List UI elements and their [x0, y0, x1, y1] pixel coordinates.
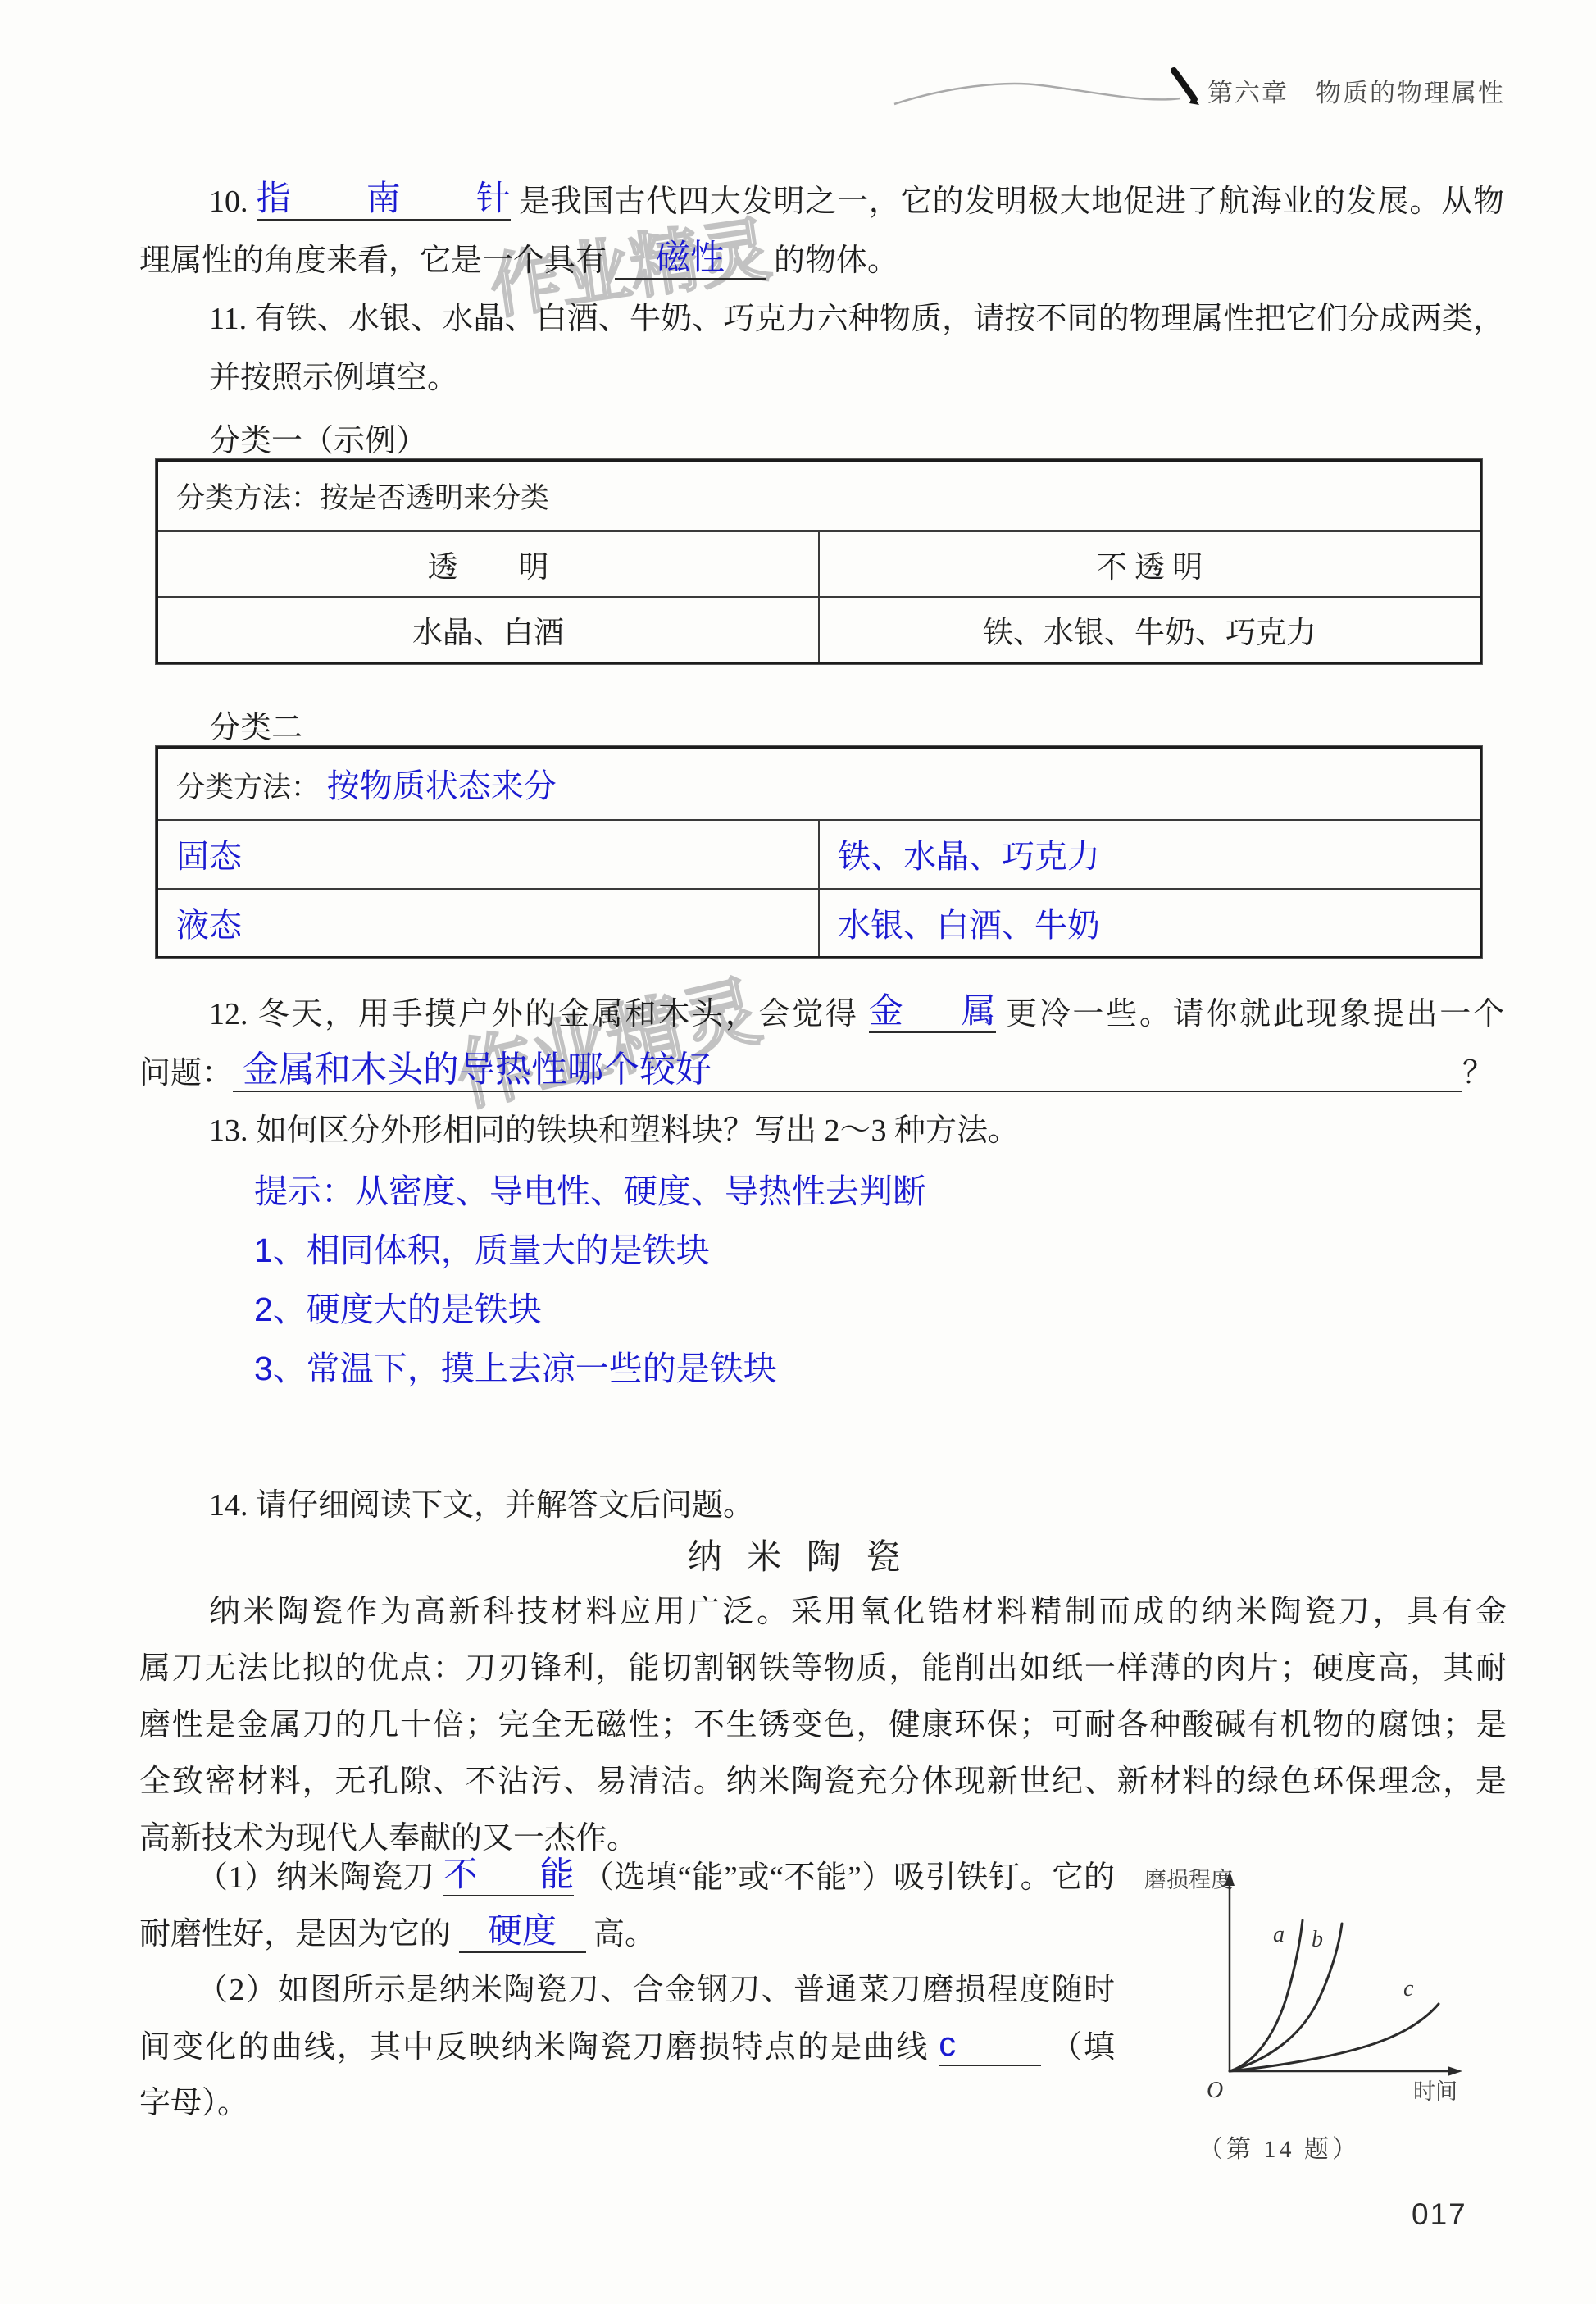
table1-method-cell: 分类方法：按是否透明来分类 [157, 461, 1481, 531]
q10-line2: 理属性的角度来看，它是一个具有 磁性 的物体。 [139, 241, 898, 281]
origin-label: O [1207, 2078, 1223, 2103]
page-number: 017 [1412, 2197, 1467, 2232]
q14-sub1-text-c: 耐磨性好，是因为它的 [139, 1917, 451, 1951]
essay-para-line3: 磨性是金属刀的几十倍；完全无磁性；不生锈变色，健康环保；可耐各种酸碱有机物的腐蚀… [139, 1706, 1507, 1746]
q14-sub2-line3: 字母）。 [139, 2084, 248, 2124]
q14-sub1-blank2: 硬度 [459, 1915, 586, 1953]
q10-line1: 10. 指南针 是我国古代四大发明之一，它的发明极大地促进了航海业的发展。从物 [209, 182, 1504, 222]
x-axis-arrow [1448, 2066, 1462, 2076]
q12-answer-text: 金属和木头的导热性哪个较好 [233, 1050, 712, 1090]
table2-liquid-items-cell: 水银、白酒、牛奶 [819, 889, 1481, 958]
table1-header-row: 透 明 不 透 明 [157, 531, 1481, 597]
q10-answer-2: 磁性 [656, 238, 725, 276]
q14-sub2-line2: 间变化的曲线，其中反映纳米陶瓷刀磨损特点的是曲线 c （填 [139, 2028, 1115, 2068]
q14-sub2-line1: （2）如图所示是纳米陶瓷刀、合金钢刀、普通菜刀磨损程度随时 [197, 1971, 1115, 2010]
header-decoration [881, 56, 1209, 117]
table2-method-row: 分类方法： 按物质状态来分 [157, 748, 1481, 820]
x-axis-label: 时间 [1413, 2079, 1457, 2104]
table2-solid-label-cell: 固态 [157, 820, 820, 889]
q10-text-2a: 理属性的角度来看，它是一个具有 [139, 244, 607, 278]
q12-text-1b: 更冷一些。请你就此现象提出一个 [1006, 997, 1504, 1031]
table2-row-liquid: 液态 水银、白酒、牛奶 [157, 889, 1481, 958]
q14-sub1-text-a: （1）纳米陶瓷刀 [197, 1860, 434, 1895]
curve-b-label: b [1312, 1927, 1323, 1952]
essay-para-line5: 高新技术为现代人奉献的又一杰作。 [139, 1819, 638, 1859]
q12-question-mark: ？ [1462, 1056, 1494, 1091]
q13-method-1: 1、相同体积，质量大的是铁块 [254, 1230, 710, 1272]
table1-col1-header: 透 明 [157, 531, 820, 597]
q12-text-1a: 12. 冬天，用手摸户外的金属和木头，会觉得 [209, 997, 859, 1031]
wear-time-chart: 磨损程度 O 时间 a b c [1139, 1855, 1492, 2133]
q12-blank: 金属 [869, 995, 996, 1033]
q14-sub2-blank: c [939, 2028, 1041, 2066]
table2-liquid-items: 水银、白酒、牛奶 [838, 908, 1100, 944]
q10-answer-1: 指南针 [257, 179, 511, 217]
q14-intro: 14. 请仔细阅读下文，并解答文后问题。 [209, 1487, 754, 1526]
table1-col2-header: 不 透 明 [819, 531, 1481, 597]
watermark: 作业精灵 [444, 949, 770, 1126]
classification-table-1: 分类方法：按是否透明来分类 透 明 不 透 明 水晶、白酒 铁、水银、牛奶、巧克… [156, 459, 1482, 664]
q13-hint: 提示：从密度、导电性、硬度、导热性去判断 [254, 1171, 926, 1213]
q14-sub1-blank: 不能 [443, 1858, 574, 1896]
table2-liquid-label-cell: 液态 [157, 889, 820, 958]
q14-answer-3: c [939, 2024, 956, 2063]
pen-icon [1174, 71, 1194, 99]
q12-line1: 12. 冬天，用手摸户外的金属和木头，会觉得 金属 更冷一些。请你就此现象提出一… [209, 995, 1504, 1035]
q10-text-2b: 的物体。 [774, 244, 898, 278]
table1-method-row: 分类方法：按是否透明来分类 [157, 461, 1481, 531]
q13-line1: 13. 如何区分外形相同的铁块和塑料块？写出 2～3 种方法。 [209, 1112, 1019, 1151]
essay-para-line2: 属刀无法比拟的优点：刀刃锋利，能切割钢铁等物质，能削出如纸一样薄的肉片；硬度高，… [139, 1650, 1507, 1689]
essay-title: 纳 米 陶 瓷 [0, 1537, 1596, 1580]
q12-line2: 问题：金属和木头的导热性哪个较好？ [139, 1053, 1494, 1094]
table2-solid-label: 固态 [176, 839, 242, 875]
essay-para-line4: 全致密材料，无孔隙、不沾污、易清洁。纳米陶瓷充分体现新世纪、新材料的绿色环保理念… [139, 1763, 1507, 1802]
workbook-page: 第六章 物质的物理属性 作业精灵 作业精灵 10. 指南针 是我国古代四大发明之… [0, 0, 1596, 2304]
q12-question-label: 问题： [139, 1056, 233, 1091]
curve-c-label: c [1403, 1976, 1414, 2001]
table1-items-row: 水晶、白酒 铁、水银、牛奶、巧克力 [157, 597, 1481, 663]
curve-c [1230, 2004, 1439, 2071]
classification1-title: 分类一（示例） [209, 415, 427, 460]
q14-sub2-text-b: 间变化的曲线，其中反映纳米陶瓷刀磨损特点的是曲线 [139, 2030, 930, 2065]
q13-method-2: 2、硬度大的是铁块 [254, 1289, 542, 1331]
chapter-header: 第六章 物质的物理属性 [1207, 72, 1505, 109]
q12-answer: 金属 [869, 991, 996, 1030]
q14-sub1-line1: （1）纳米陶瓷刀 不能 （选填“能”或“不能”）吸引铁钉。它的 [197, 1858, 1115, 1898]
table2-solid-items-cell: 铁、水晶、巧克力 [819, 820, 1481, 889]
essay-para-line1: 纳米陶瓷作为高新科技材料应用广泛。采用氧化锆材料精制而成的纳米陶瓷刀，具有金 [209, 1593, 1507, 1632]
q14-sub1-text-d: 高。 [593, 1917, 656, 1951]
y-axis-label: 磨损程度 [1144, 1868, 1233, 1892]
classification-table-2: 分类方法： 按物质状态来分 固态 铁、水晶、巧克力 液态 水银、白酒、牛奶 [156, 746, 1482, 958]
q11-line2: 并按照示例填空。 [209, 359, 458, 398]
q14-sub1-text-b: （选填“能”或“不能”）吸引铁钉。它的 [583, 1860, 1115, 1895]
table2-row-solid: 固态 铁、水晶、巧克力 [157, 820, 1481, 889]
table1-col1-items: 水晶、白酒 [157, 597, 820, 663]
q13-method-3: 3、常温下，摸上去凉一些的是铁块 [254, 1348, 777, 1390]
table2-liquid-label: 液态 [176, 908, 242, 944]
q14-sub2-text-c: （填 [1051, 2030, 1115, 2065]
figure-caption: （第 14 题） [1198, 2129, 1360, 2165]
q10-blank-2: 磁性 [615, 241, 766, 280]
table1-col2-items: 铁、水银、牛奶、巧克力 [819, 597, 1481, 663]
q11-line1: 11. 有铁、水银、水晶、白酒、牛奶、巧克力六种物质，请按不同的物理属性把它们分… [209, 300, 1504, 339]
table2-method-answer: 按物质状态来分 [327, 768, 557, 804]
q14-answer-2: 硬度 [488, 1911, 557, 1950]
table2-method-cell: 分类方法： 按物质状态来分 [157, 748, 1481, 820]
q14-answer-1: 不能 [443, 1855, 574, 1893]
q10-text-1: 是我国古代四大发明之一，它的发明极大地促进了航海业的发展。从物 [519, 184, 1504, 219]
wavy-line [894, 84, 1180, 104]
curve-a [1230, 1920, 1303, 2071]
q10-number: 10. [209, 184, 248, 219]
table2-solid-items: 铁、水晶、巧克力 [838, 839, 1100, 875]
curve-a-label: a [1273, 1922, 1285, 1947]
table2-method-label: 分类方法： [176, 772, 320, 804]
classification2-title: 分类二 [209, 702, 302, 747]
q10-blank-1: 指南针 [257, 182, 511, 221]
ylabel-text: 磨损程度 [1144, 1868, 1233, 1892]
q12-answer-line: 金属和木头的导热性哪个较好 [233, 1053, 1462, 1092]
q14-sub1-line2: 耐磨性好，是因为它的 硬度 高。 [139, 1915, 656, 1955]
